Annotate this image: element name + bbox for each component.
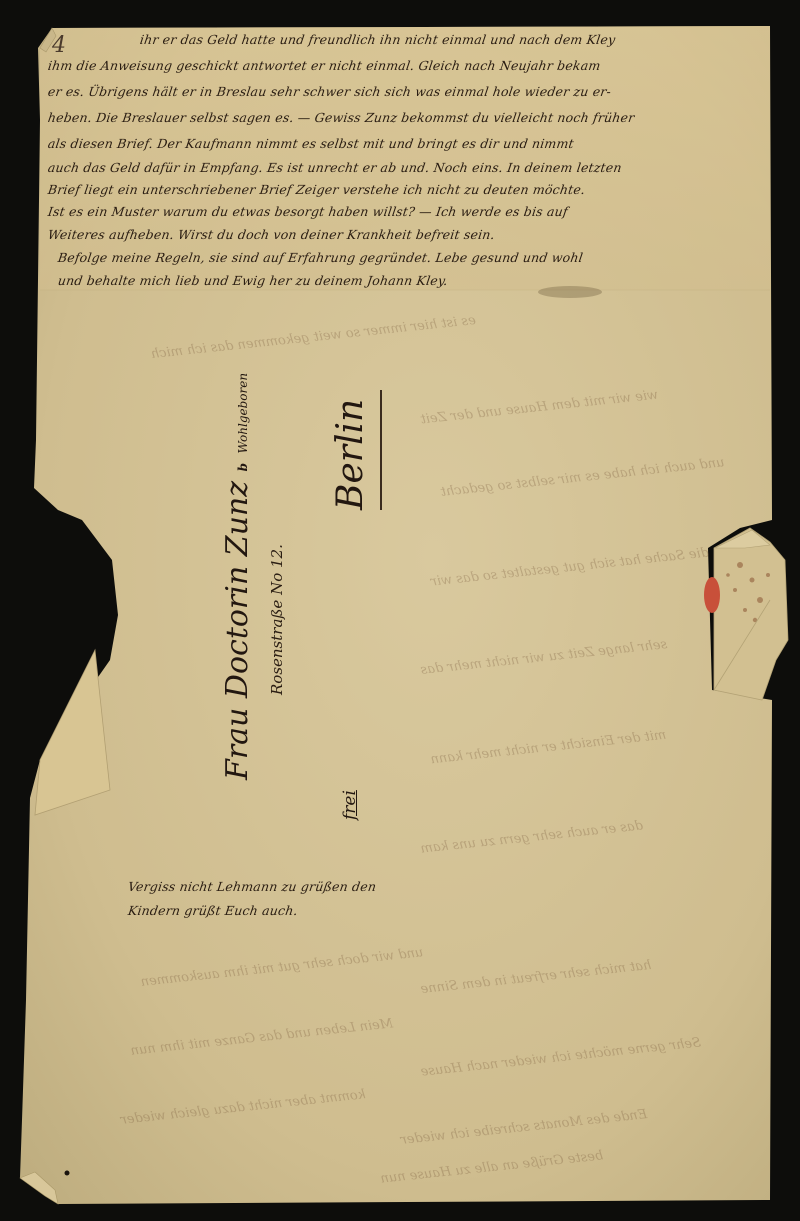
letter-sheet: es ist hier immer so weit gekommen das i…	[0, 0, 800, 1221]
postage-mark: frei	[340, 790, 360, 820]
recipient-name-text: Frau Doctorin Zunz	[220, 481, 255, 780]
letter-line: auch das Geld dafür in Empfang. Es ist u…	[47, 158, 623, 177]
letter-line: als diesen Brief. Der Kaufmann nimmt es …	[47, 134, 576, 153]
letter-line: Weiteres aufheben. Wirst du doch von dei…	[47, 225, 497, 244]
wax-seal	[704, 528, 788, 700]
letter-line: und behalte mich lieb und Ewig her zu de…	[57, 271, 449, 290]
letter-line: Ist es ein Muster warum du etwas besorgt…	[47, 202, 569, 221]
letter-line: ihm die Anweisung geschickt antwortet er…	[47, 56, 602, 75]
recipient-honorific: Wohlgeboren	[236, 373, 250, 454]
letter-line: ihr er das Geld hatte und freundlich ihn…	[139, 30, 617, 49]
address-panel: Frau Doctorin Zunz b Wohlgeboren Rosenst…	[210, 330, 410, 790]
city-underline	[380, 390, 382, 510]
letter-line: heben. Die Breslauer selbst sagen es. — …	[47, 108, 636, 127]
postscript-line: Kindern grüßt Euch auch.	[126, 900, 299, 922]
recipient-city: Berlin	[330, 399, 371, 510]
recipient-superscript: b	[236, 463, 250, 471]
page-number: 4	[52, 33, 66, 58]
letter-line: er es. Übrigens hält er in Breslau sehr …	[47, 82, 613, 101]
postscript-line: Vergiss nicht Lehmann zu grüßen den	[126, 876, 377, 898]
letter-line: Brief liegt ein unterschriebener Brief Z…	[47, 180, 587, 199]
recipient-name: Frau Doctorin Zunz b Wohlgeboren	[220, 373, 255, 780]
folded-flap-left	[35, 650, 110, 815]
letter-line: Befolge meine Regeln, sie sind auf Erfah…	[57, 248, 585, 267]
recipient-street: Rosenstraße No 12.	[268, 544, 286, 695]
